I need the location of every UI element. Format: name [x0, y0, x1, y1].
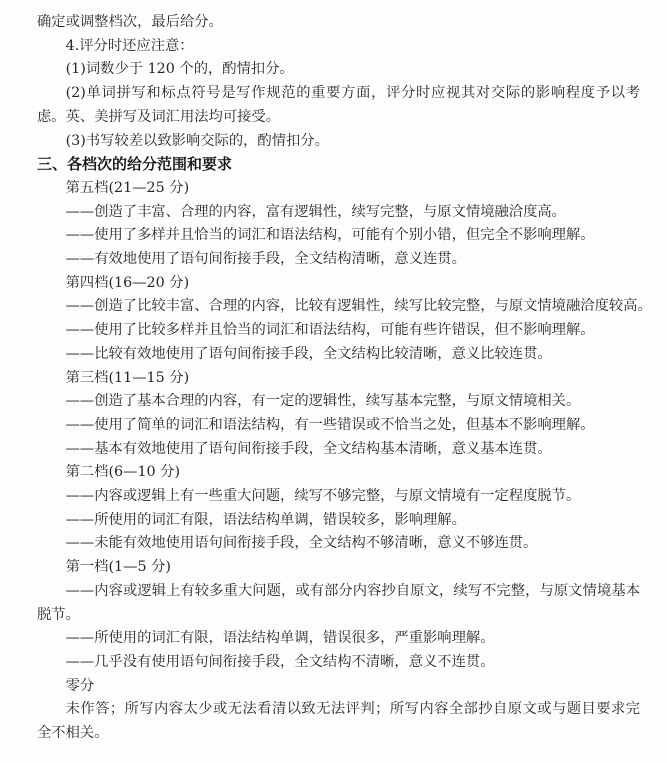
band-5-title: 第五档(21—25 分): [37, 177, 640, 201]
band-4-title: 第四档(16—20 分): [37, 272, 640, 296]
band-3-point-2: ——使用了简单的词汇和语法结构，有一些错误或不恰当之处，但基本不影响理解。: [37, 414, 640, 438]
band-3-point-1: ——创造了基本合理的内容，有一定的逻辑性，续写基本完整，与原文情境相关。: [37, 390, 640, 414]
band-4-point-2: ——使用了比较多样并且恰当的词汇和语法结构，可能有些许错误，但不影响理解。: [37, 319, 640, 343]
band-1-point-3: ——几乎没有使用语句间衔接手段，全文结构不清晰，意义不连贯。: [37, 651, 640, 675]
band-3-title: 第三档(11—15 分): [37, 367, 640, 391]
band-zero-title: 零分: [37, 675, 640, 699]
intro-item-2-line-2: 虑。英、美拼写及词汇用法均可接受。: [37, 106, 640, 130]
band-zero-text-line-2: 全不相关。: [37, 722, 640, 746]
band-2-point-3: ——未能有效地使用语句间衔接手段，全文结构不够清晰，意义不够连贯。: [37, 532, 640, 556]
band-4-point-3: ——比较有效地使用了语句间衔接手段，全文结构比较清晰，意义比较连贯。: [37, 343, 640, 367]
intro-continuation-line: 确定或调整档次，最后给分。: [37, 11, 640, 35]
band-3-point-3: ——基本有效地使用了语句间衔接手段，全文结构基本清晰，意义基本连贯。: [37, 438, 640, 462]
intro-note-4: 4.评分时还应注意：: [37, 35, 640, 59]
intro-item-2-line-1: (2)单词拼写和标点符号是写作规范的重要方面，评分时应视其对交际的影响程度予以考: [37, 82, 640, 106]
intro-item-1: (1)词数少于 120 个的，酌情扣分。: [37, 58, 640, 82]
section-heading: 三、各档次的给分范围和要求: [37, 153, 640, 177]
band-4-point-1: ——创造了比较丰富、合理的内容，比较有逻辑性，续写比较完整，与原文情境融洽度较高…: [37, 295, 640, 319]
band-zero-text-line-1: 未作答；所写内容太少或无法看清以致无法评判；所写内容全部抄自原文或与题目要求完: [37, 698, 640, 722]
document-page: 确定或调整档次，最后给分。 4.评分时还应注意： (1)词数少于 120 个的，…: [0, 0, 667, 763]
band-5-point-2: ——使用了多样并且恰当的词汇和语法结构，可能有个别小错，但完全不影响理解。: [37, 224, 640, 248]
band-1-point-1-line-2: 脱节。: [37, 604, 640, 628]
band-1-title: 第一档(1—5 分): [37, 556, 640, 580]
band-2-point-2: ——所使用的词汇有限，语法结构单调，错误较多，影响理解。: [37, 509, 640, 533]
band-5-point-1: ——创造了丰富、合理的内容，富有逻辑性，续写完整，与原文情境融洽度高。: [37, 201, 640, 225]
band-2-point-1: ——内容或逻辑上有一些重大问题，续写不够完整，与原文情境有一定程度脱节。: [37, 485, 640, 509]
band-1-point-2: ——所使用的词汇有限，语法结构单调，错误很多，严重影响理解。: [37, 627, 640, 651]
intro-item-3: (3)书写较差以致影响交际的，酌情扣分。: [37, 130, 640, 154]
band-5-point-3: ——有效地使用了语句间衔接手段，全文结构清晰，意义连贯。: [37, 248, 640, 272]
band-1-point-1-line-1: ——内容或逻辑上有较多重大问题，或有部分内容抄自原文，续写不完整，与原文情境基本: [37, 580, 640, 604]
band-2-title: 第二档(6—10 分): [37, 461, 640, 485]
